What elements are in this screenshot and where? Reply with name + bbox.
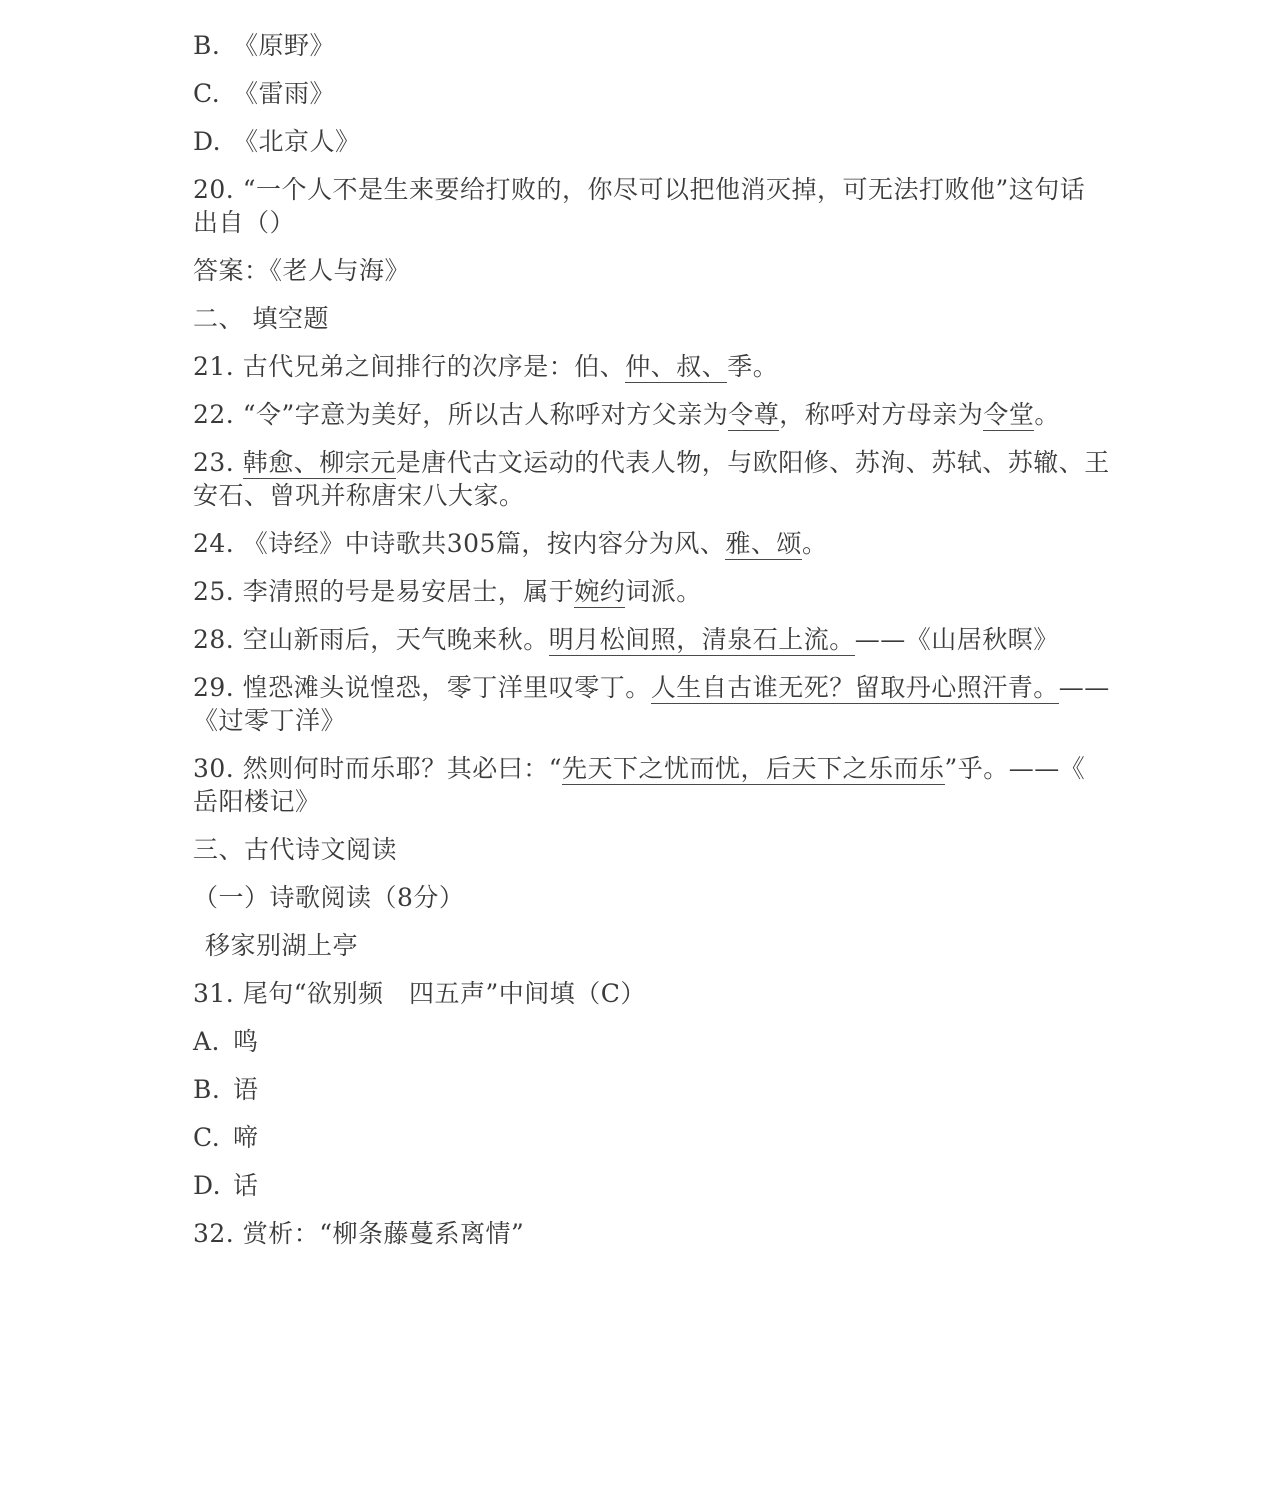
question-28-text: 28. 空山新雨后，天气晚来秋。 xyxy=(193,625,549,654)
question-24-text: 24. 《诗经》中诗歌共305篇，按内容分为风、 xyxy=(193,529,725,558)
option-label: A. xyxy=(193,1025,233,1058)
question-31: 31. 尾句“欲别频 四五声”中间填（C） xyxy=(193,977,1142,1010)
option-row-c: C.啼 xyxy=(193,1121,1142,1154)
question-20-line2: 出自（） xyxy=(193,208,295,237)
exam-document-page: B.《原野》 C.《雷雨》 D.《北京人》 20. “一个人不是生来要给打败的，… xyxy=(0,0,1280,1485)
question-29: 29. 惶恐滩头说惶恐，零丁洋里叹零丁。人生自古谁无死？留取丹心照汗青。——《过… xyxy=(193,671,1142,737)
question-24: 24. 《诗经》中诗歌共305篇，按内容分为风、雅、颂。 xyxy=(193,527,1142,560)
section-2-heading: 二、 填空题 xyxy=(193,302,1142,335)
question-21: 21. 古代兄弟之间排行的次序是：伯、仲、叔、季。 xyxy=(193,350,1142,383)
question-21-text: 21. 古代兄弟之间排行的次序是：伯、 xyxy=(193,352,625,381)
option-text: 话 xyxy=(233,1171,259,1200)
option-text: 啼 xyxy=(233,1123,259,1152)
question-23-number: 23. xyxy=(193,448,243,477)
question-22: 22. “令”字意为美好，所以古人称呼对方父亲为令尊，称呼对方母亲为令堂。 xyxy=(193,398,1142,431)
option-text: 语 xyxy=(233,1075,259,1104)
blank-answer: 仲、叔、 xyxy=(625,352,727,383)
blank-answer: 韩愈、柳宗元 xyxy=(243,448,396,479)
option-row-a: A.鸣 xyxy=(193,1025,1142,1058)
question-30-tail: ”乎。——《 xyxy=(945,754,1086,783)
option-text: 鸣 xyxy=(233,1027,259,1056)
question-25-tail: 词派。 xyxy=(625,577,702,606)
question-29-text: 29. 惶恐滩头说惶恐，零丁洋里叹零丁。 xyxy=(193,673,651,702)
question-29-dash: —— xyxy=(1059,673,1110,702)
question-25: 25. 李清照的号是易安居士，属于婉约词派。 xyxy=(193,575,1142,608)
question-23-line2: 安石、曾巩并称唐宋八大家。 xyxy=(193,481,525,510)
question-32: 32. 赏析：“柳条藤蔓系离情” xyxy=(193,1217,1142,1250)
question-23-text: 是唐代古文运动的代表人物，与欧阳修、苏洵、苏轼、苏辙、王 xyxy=(396,448,1110,477)
question-23: 23. 韩愈、柳宗元是唐代古文运动的代表人物，与欧阳修、苏洵、苏轼、苏辙、王安石… xyxy=(193,446,1142,512)
question-22-mid: ，称呼对方母亲为 xyxy=(779,400,983,429)
option-row-d: D.话 xyxy=(193,1169,1142,1202)
question-30-source: 岳阳楼记》 xyxy=(193,787,321,816)
question-30-text: 30. 然则何时而乐耶？其必曰：“ xyxy=(193,754,562,783)
section-3-heading: 三、古代诗文阅读 xyxy=(193,833,1142,866)
option-label: D. xyxy=(193,125,233,158)
question-24-tail: 。 xyxy=(802,529,828,558)
option-row-c: C.《雷雨》 xyxy=(193,77,1142,110)
question-28-tail: ——《山居秋暝》 xyxy=(855,625,1059,654)
question-30: 30. 然则何时而乐耶？其必曰：“先天下之忧而忧，后天下之乐而乐”乎。——《岳阳… xyxy=(193,752,1142,818)
blank-answer: 令尊 xyxy=(728,400,779,431)
option-text: 《雷雨》 xyxy=(233,79,335,108)
blank-answer: 人生自古谁无死？留取丹心照汗青。 xyxy=(651,673,1059,704)
question-22-tail: 。 xyxy=(1034,400,1060,429)
option-row-d: D.《北京人》 xyxy=(193,125,1142,158)
option-label: C. xyxy=(193,1121,233,1154)
option-text: 《原野》 xyxy=(233,31,335,60)
option-label: C. xyxy=(193,77,233,110)
blank-answer: 雅、颂 xyxy=(725,529,802,560)
question-20-answer: 答案：《老人与海》 xyxy=(193,254,1142,287)
question-20: 20. “一个人不是生来要给打败的，你尽可以把他消灭掉，可无法打败他”这句话出自… xyxy=(193,173,1142,239)
question-22-text: 22. “令”字意为美好，所以古人称呼对方父亲为 xyxy=(193,400,728,429)
blank-answer: 令堂 xyxy=(983,400,1034,431)
question-21-tail: 季。 xyxy=(727,352,778,381)
subsection-heading: （一）诗歌阅读（8分） xyxy=(193,881,1142,914)
option-label: D. xyxy=(193,1169,233,1202)
blank-answer: 先天下之忧而忧，后天下之乐而乐 xyxy=(562,754,945,785)
poem-title: 移家别湖上亭 xyxy=(193,929,1142,962)
option-label: B. xyxy=(193,1073,233,1106)
blank-answer: 明月松间照，清泉石上流。 xyxy=(549,625,855,656)
option-label: B. xyxy=(193,29,233,62)
option-row-b: B.《原野》 xyxy=(193,29,1142,62)
option-text: 《北京人》 xyxy=(233,127,361,156)
option-row-b: B.语 xyxy=(193,1073,1142,1106)
blank-answer: 婉约 xyxy=(574,577,625,608)
question-20-line1: 20. “一个人不是生来要给打败的，你尽可以把他消灭掉，可无法打败他”这句话 xyxy=(193,175,1085,204)
question-28: 28. 空山新雨后，天气晚来秋。明月松间照，清泉石上流。——《山居秋暝》 xyxy=(193,623,1142,656)
question-29-source: 《过零丁洋》 xyxy=(193,706,346,735)
question-25-text: 25. 李清照的号是易安居士，属于 xyxy=(193,577,574,606)
